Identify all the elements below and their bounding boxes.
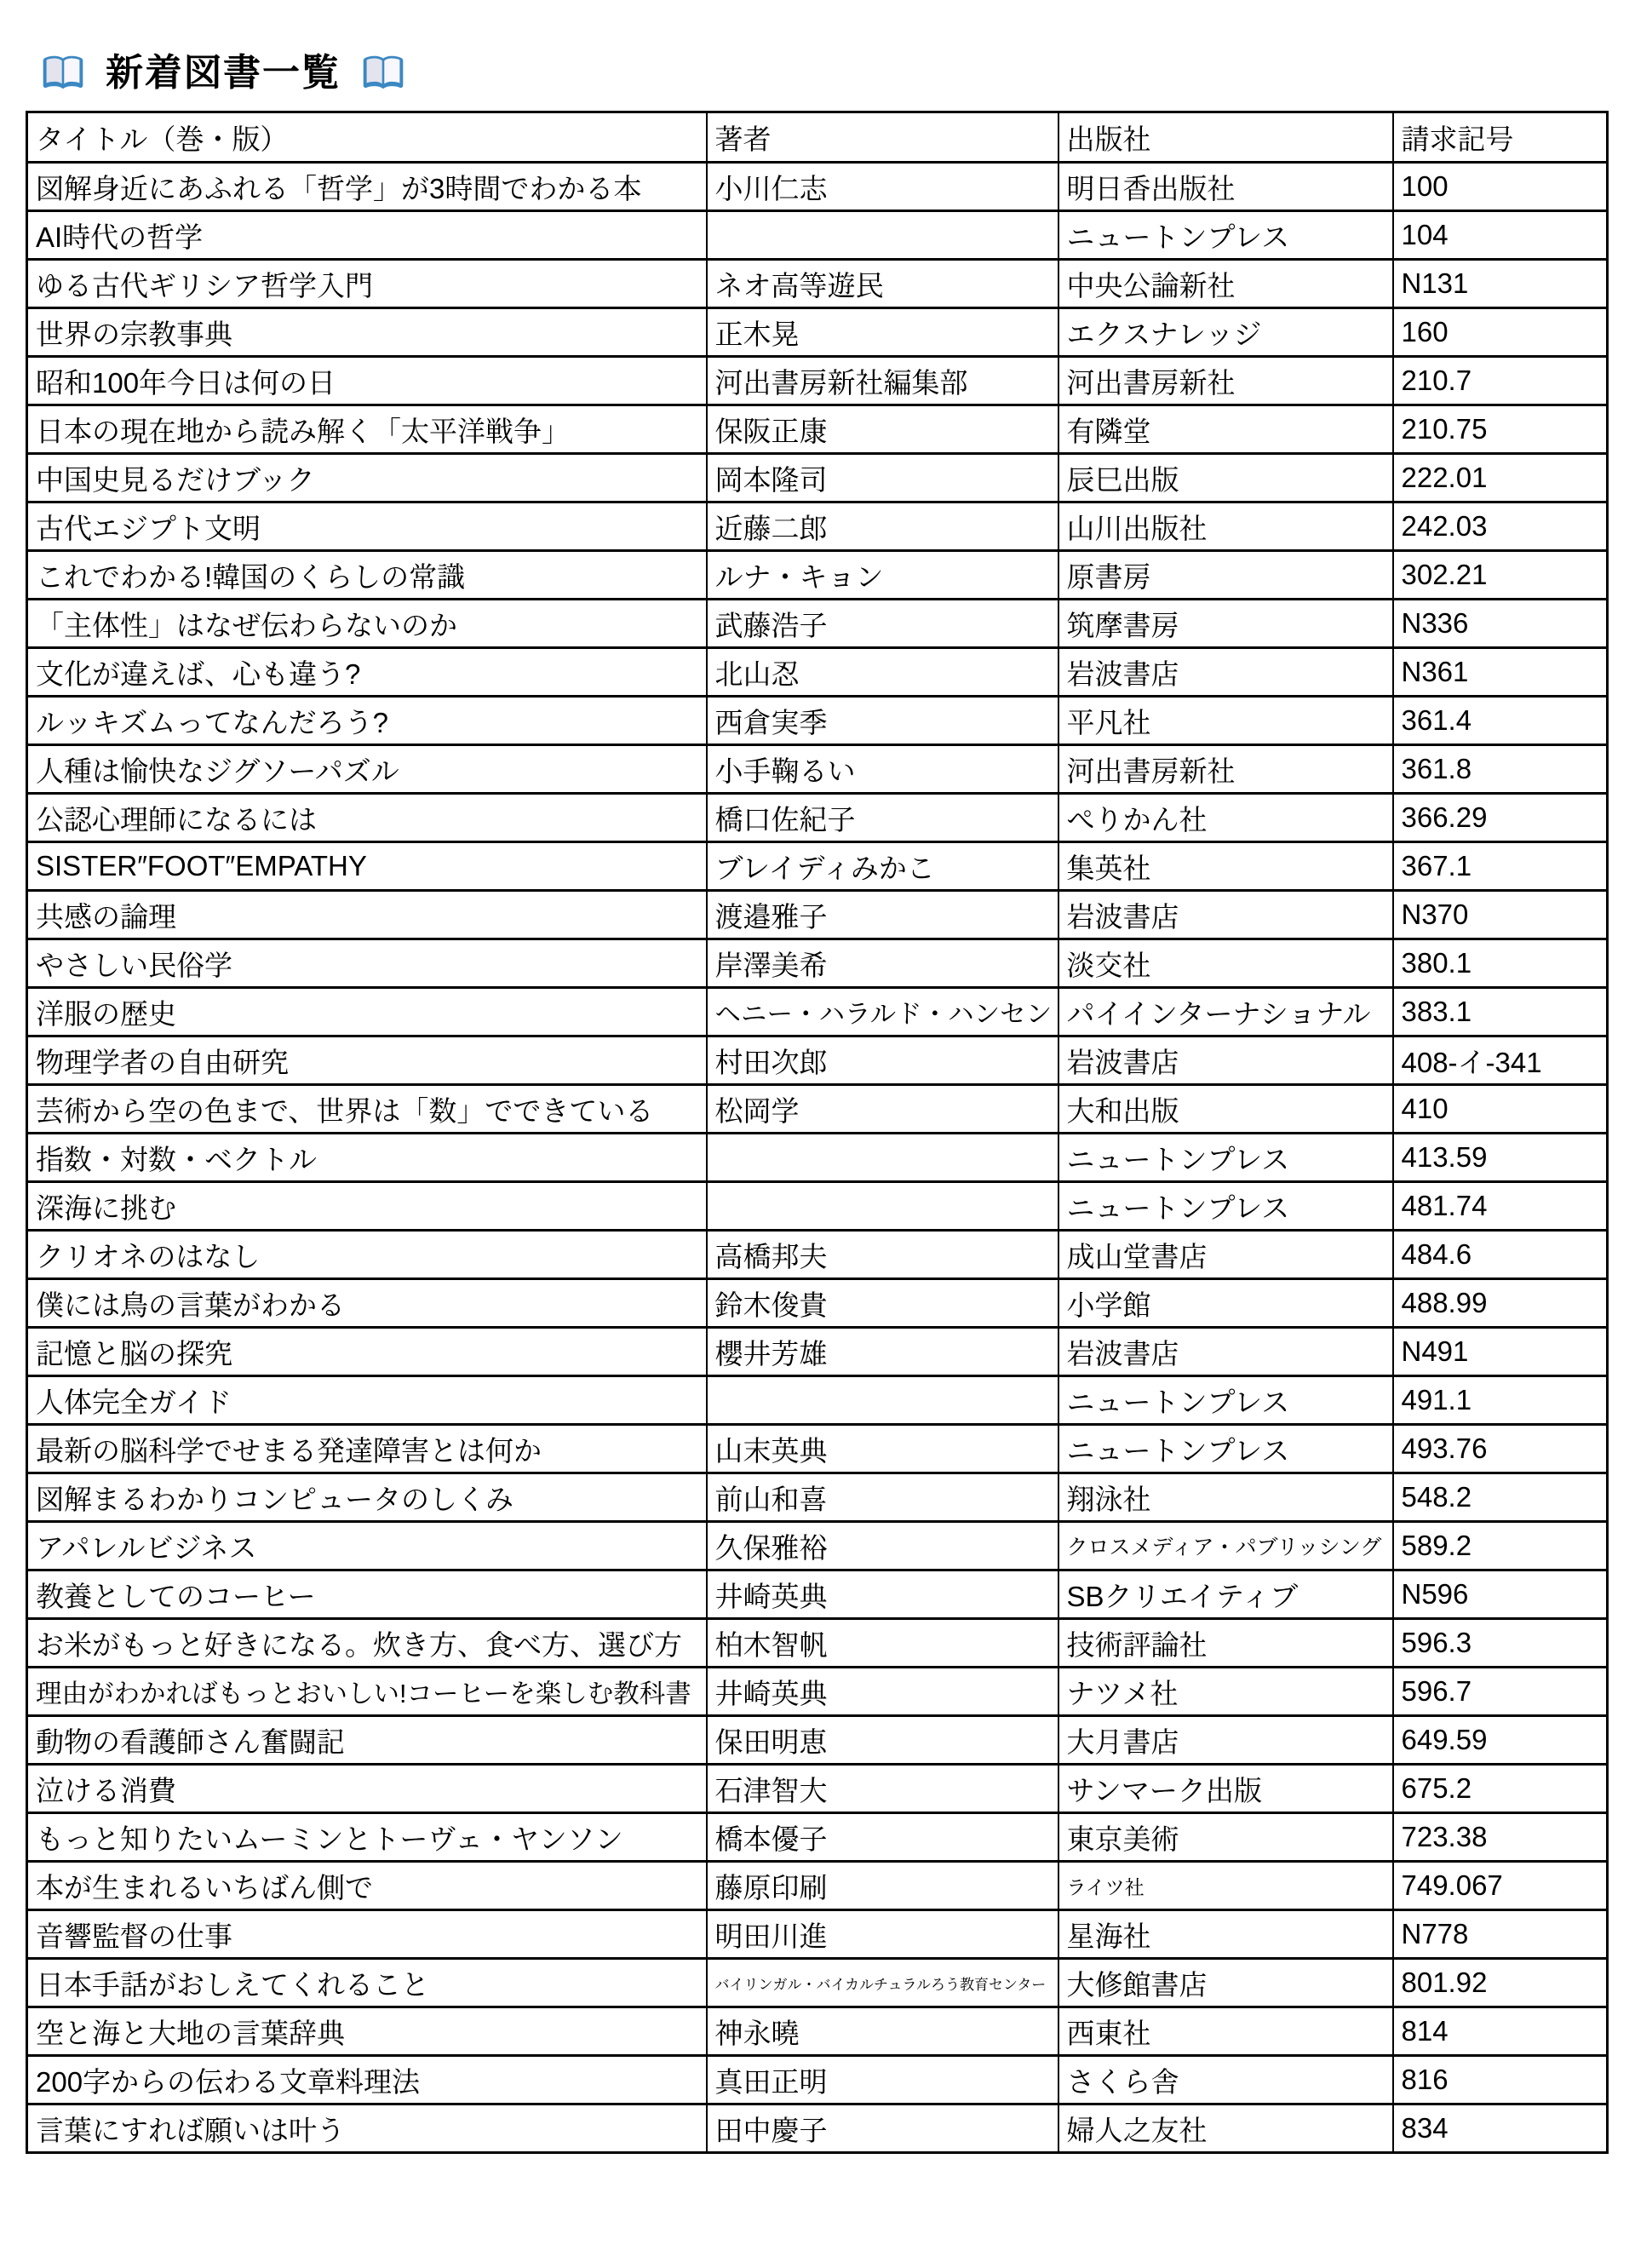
cell-title: 図解身近にあふれる「哲学」が3時間でわかる本 <box>27 163 707 211</box>
cell-call-number: 380.1 <box>1393 939 1608 988</box>
header-cell-publisher: 出版社 <box>1058 112 1393 163</box>
cell-title: 中国史見るだけブック <box>27 454 707 502</box>
table-row: 公認心理師になるには 橋口佐紀子 ぺりかん社 366.29 <box>27 794 1608 842</box>
cell-publisher: 原書房 <box>1058 551 1393 600</box>
cell-author: 北山忍 <box>707 648 1058 697</box>
cell-call-number: N131 <box>1393 260 1608 308</box>
cell-title: 深海に挑む <box>27 1182 707 1231</box>
table-row: 昭和100年今日は何の日 河出書房新社編集部 河出書房新社 210.7 <box>27 357 1608 405</box>
table-row: 世界の宗教事典 正木晃 エクスナレッジ 160 <box>27 308 1608 357</box>
cell-author: 前山和喜 <box>707 1473 1058 1522</box>
cell-author: 田中慶子 <box>707 2104 1058 2153</box>
cell-title: 芸術から空の色まで、世界は「数」でできている <box>27 1085 707 1134</box>
cell-author: 柏木智帆 <box>707 1619 1058 1668</box>
cell-call-number: 488.99 <box>1393 1279 1608 1328</box>
cell-author: 河出書房新社編集部 <box>707 357 1058 405</box>
cell-author: 真田正明 <box>707 2056 1058 2104</box>
header-cell-title: タイトル（巻・版） <box>27 112 707 163</box>
cell-publisher: 翔泳社 <box>1058 1473 1393 1522</box>
cell-publisher: 大修館書店 <box>1058 1959 1393 2007</box>
cell-title: 図解まるわかりコンピュータのしくみ <box>27 1473 707 1522</box>
cell-author: 村田次郎 <box>707 1036 1058 1085</box>
cell-publisher: ニュートンプレス <box>1058 1425 1393 1473</box>
cell-author: 保阪正康 <box>707 405 1058 454</box>
table-row: 日本の現在地から読み解く「太平洋戦争」 保阪正康 有隣堂 210.75 <box>27 405 1608 454</box>
cell-author <box>707 1134 1058 1182</box>
table-row: 空と海と大地の言葉辞典 神永曉 西東社 814 <box>27 2007 1608 2056</box>
cell-call-number: 410 <box>1393 1085 1608 1134</box>
cell-author: 明田川進 <box>707 1910 1058 1959</box>
cell-publisher: ライツ社 <box>1058 1862 1393 1910</box>
cell-call-number: 491.1 <box>1393 1376 1608 1425</box>
cell-call-number: N778 <box>1393 1910 1608 1959</box>
cell-title: アパレルビジネス <box>27 1522 707 1570</box>
table-row: 図解身近にあふれる「哲学」が3時間でわかる本 小川仁志 明日香出版社 100 <box>27 163 1608 211</box>
table-row: 図解まるわかりコンピュータのしくみ 前山和喜 翔泳社 548.2 <box>27 1473 1608 1522</box>
table-row: 最新の脳科学でせまる発達障害とは何か 山末英典 ニュートンプレス 493.76 <box>27 1425 1608 1473</box>
cell-call-number: N491 <box>1393 1328 1608 1376</box>
cell-call-number: 408-イ-341 <box>1393 1036 1608 1085</box>
cell-title: 動物の看護師さん奮闘記 <box>27 1716 707 1765</box>
table-row: やさしい民俗学 岸澤美希 淡交社 380.1 <box>27 939 1608 988</box>
cell-author: バイリンガル・バイカルチュラルろう教育センター <box>707 1959 1058 2007</box>
cell-author: ヘニー・ハラルド・ハンセン <box>707 988 1058 1036</box>
table-row: 泣ける消費 石津智大 サンマーク出版 675.2 <box>27 1765 1608 1813</box>
cell-author <box>707 1376 1058 1425</box>
cell-publisher: 成山堂書店 <box>1058 1231 1393 1279</box>
cell-call-number: N336 <box>1393 600 1608 648</box>
cell-call-number: 589.2 <box>1393 1522 1608 1570</box>
cell-title: やさしい民俗学 <box>27 939 707 988</box>
cell-call-number: 814 <box>1393 2007 1608 2056</box>
cell-title: 文化が違えば、心も違う? <box>27 648 707 697</box>
table-row: 本が生まれるいちばん側で 藤原印刷 ライツ社 749.067 <box>27 1862 1608 1910</box>
cell-publisher: さくら舎 <box>1058 2056 1393 2104</box>
table-row: SISTER″FOOT″EMPATHY ブレイディみかこ 集英社 367.1 <box>27 842 1608 891</box>
table-row: AI時代の哲学 ニュートンプレス 104 <box>27 211 1608 260</box>
cell-publisher: ぺりかん社 <box>1058 794 1393 842</box>
cell-call-number: 366.29 <box>1393 794 1608 842</box>
table-row: 200字からの伝わる文章料理法 真田正明 さくら舎 816 <box>27 2056 1608 2104</box>
cell-title: 本が生まれるいちばん側で <box>27 1862 707 1910</box>
table-row: 理由がわかればもっとおいしい!コーヒーを楽しむ教科書 井崎英典 ナツメ社 596… <box>27 1668 1608 1716</box>
header-cell-author: 著者 <box>707 112 1058 163</box>
cell-author: 保田明恵 <box>707 1716 1058 1765</box>
page-title-bar: 新着図書一覧 <box>43 48 404 99</box>
table-row: これでわかる!韓国のくらしの常識 ルナ・キョン 原書房 302.21 <box>27 551 1608 600</box>
cell-call-number: 210.75 <box>1393 405 1608 454</box>
cell-publisher: 西東社 <box>1058 2007 1393 2056</box>
cell-author: 小川仁志 <box>707 163 1058 211</box>
cell-title: 理由がわかればもっとおいしい!コーヒーを楽しむ教科書 <box>27 1668 707 1716</box>
cell-call-number: 801.92 <box>1393 1959 1608 2007</box>
table-header-row: タイトル（巻・版） 著者 出版社 請求記号 <box>27 112 1608 163</box>
cell-author: 石津智大 <box>707 1765 1058 1813</box>
cell-publisher: パイインターナショナル <box>1058 988 1393 1036</box>
table-row: 洋服の歴史 ヘニー・ハラルド・ハンセン パイインターナショナル 383.1 <box>27 988 1608 1036</box>
cell-publisher: クロスメディア・パブリッシング <box>1058 1522 1393 1570</box>
cell-author: 渡邉雅子 <box>707 891 1058 939</box>
table-body: 図解身近にあふれる「哲学」が3時間でわかる本 小川仁志 明日香出版社 100 A… <box>27 163 1608 2153</box>
cell-call-number: 383.1 <box>1393 988 1608 1036</box>
cell-publisher: 婦人之友社 <box>1058 2104 1393 2153</box>
cell-call-number: 302.21 <box>1393 551 1608 600</box>
cell-publisher: SBクリエイティブ <box>1058 1570 1393 1619</box>
table-row: ルッキズムってなんだろう? 西倉実季 平凡社 361.4 <box>27 697 1608 745</box>
cell-publisher: 大月書店 <box>1058 1716 1393 1765</box>
cell-call-number: N596 <box>1393 1570 1608 1619</box>
table-row: 日本手話がおしえてくれること バイリンガル・バイカルチュラルろう教育センター 大… <box>27 1959 1608 2007</box>
cell-title: ゆる古代ギリシア哲学入門 <box>27 260 707 308</box>
cell-title: 200字からの伝わる文章料理法 <box>27 2056 707 2104</box>
cell-title: 世界の宗教事典 <box>27 308 707 357</box>
cell-publisher: 東京美術 <box>1058 1813 1393 1862</box>
cell-author: 小手鞠るい <box>707 745 1058 794</box>
cell-call-number: 413.59 <box>1393 1134 1608 1182</box>
table-row: 古代エジプト文明 近藤二郎 山川出版社 242.03 <box>27 502 1608 551</box>
table-row: 記憶と脳の探究 櫻井芳雄 岩波書店 N491 <box>27 1328 1608 1376</box>
cell-call-number: 723.38 <box>1393 1813 1608 1862</box>
cell-author: 神永曉 <box>707 2007 1058 2056</box>
table-row: 物理学者の自由研究 村田次郎 岩波書店 408-イ-341 <box>27 1036 1608 1085</box>
cell-title: 「主体性」はなぜ伝わらないのか <box>27 600 707 648</box>
table-row: アパレルビジネス 久保雅裕 クロスメディア・パブリッシング 589.2 <box>27 1522 1608 1570</box>
cell-title: 最新の脳科学でせまる発達障害とは何か <box>27 1425 707 1473</box>
cell-author <box>707 1182 1058 1231</box>
cell-title: 共感の論理 <box>27 891 707 939</box>
cell-author: 橋本優子 <box>707 1813 1058 1862</box>
cell-publisher: ニュートンプレス <box>1058 1182 1393 1231</box>
cell-author: 櫻井芳雄 <box>707 1328 1058 1376</box>
cell-call-number: 210.7 <box>1393 357 1608 405</box>
cell-author: 久保雅裕 <box>707 1522 1058 1570</box>
cell-publisher: 大和出版 <box>1058 1085 1393 1134</box>
cell-publisher: 平凡社 <box>1058 697 1393 745</box>
cell-publisher: ニュートンプレス <box>1058 1134 1393 1182</box>
cell-publisher: 岩波書店 <box>1058 648 1393 697</box>
cell-author: 近藤二郎 <box>707 502 1058 551</box>
cell-title: お米がもっと好きになる。炊き方、食べ方、選び方 <box>27 1619 707 1668</box>
cell-author: 橋口佐紀子 <box>707 794 1058 842</box>
table-row: 芸術から空の色まで、世界は「数」でできている 松岡学 大和出版 410 <box>27 1085 1608 1134</box>
cell-call-number: 675.2 <box>1393 1765 1608 1813</box>
cell-call-number: 160 <box>1393 308 1608 357</box>
table-row: 言葉にすれば願いは叶う 田中慶子 婦人之友社 834 <box>27 2104 1608 2153</box>
cell-title: 洋服の歴史 <box>27 988 707 1036</box>
table-row: 人種は愉快なジグソーパズル 小手鞠るい 河出書房新社 361.8 <box>27 745 1608 794</box>
cell-publisher: 岩波書店 <box>1058 891 1393 939</box>
cell-publisher: 有隣堂 <box>1058 405 1393 454</box>
cell-call-number: N361 <box>1393 648 1608 697</box>
open-book-icon <box>363 55 404 92</box>
cell-publisher: 辰巳出版 <box>1058 454 1393 502</box>
cell-title: 言葉にすれば願いは叶う <box>27 2104 707 2153</box>
cell-publisher: 星海社 <box>1058 1910 1393 1959</box>
cell-call-number: 548.2 <box>1393 1473 1608 1522</box>
cell-call-number: 104 <box>1393 211 1608 260</box>
cell-publisher: 小学館 <box>1058 1279 1393 1328</box>
cell-call-number: 242.03 <box>1393 502 1608 551</box>
cell-call-number: 481.74 <box>1393 1182 1608 1231</box>
cell-call-number: 816 <box>1393 2056 1608 2104</box>
cell-publisher: ナツメ社 <box>1058 1668 1393 1716</box>
cell-author: 武藤浩子 <box>707 600 1058 648</box>
cell-publisher: ニュートンプレス <box>1058 211 1393 260</box>
table-row: お米がもっと好きになる。炊き方、食べ方、選び方 柏木智帆 技術評論社 596.3 <box>27 1619 1608 1668</box>
cell-author: 藤原印刷 <box>707 1862 1058 1910</box>
cell-author: 井崎英典 <box>707 1668 1058 1716</box>
cell-title: 人体完全ガイド <box>27 1376 707 1425</box>
cell-title: 泣ける消費 <box>27 1765 707 1813</box>
cell-publisher: 河出書房新社 <box>1058 357 1393 405</box>
cell-publisher: サンマーク出版 <box>1058 1765 1393 1813</box>
cell-author <box>707 211 1058 260</box>
cell-title: 物理学者の自由研究 <box>27 1036 707 1085</box>
table-row: 中国史見るだけブック 岡本隆司 辰巳出版 222.01 <box>27 454 1608 502</box>
cell-call-number: 749.067 <box>1393 1862 1608 1910</box>
cell-title: 昭和100年今日は何の日 <box>27 357 707 405</box>
cell-title: 音響監督の仕事 <box>27 1910 707 1959</box>
cell-title: 日本手話がおしえてくれること <box>27 1959 707 2007</box>
cell-author: 鈴木俊貴 <box>707 1279 1058 1328</box>
cell-call-number: 222.01 <box>1393 454 1608 502</box>
table-row: 深海に挑む ニュートンプレス 481.74 <box>27 1182 1608 1231</box>
cell-call-number: 834 <box>1393 2104 1608 2153</box>
cell-publisher: 中央公論新社 <box>1058 260 1393 308</box>
cell-publisher: 集英社 <box>1058 842 1393 891</box>
table-row: もっと知りたいムーミンとトーヴェ・ヤンソン 橋本優子 東京美術 723.38 <box>27 1813 1608 1862</box>
cell-call-number: 649.59 <box>1393 1716 1608 1765</box>
cell-author: 正木晃 <box>707 308 1058 357</box>
cell-publisher: 明日香出版社 <box>1058 163 1393 211</box>
cell-author: 高橋邦夫 <box>707 1231 1058 1279</box>
cell-publisher: 筑摩書房 <box>1058 600 1393 648</box>
cell-author: 山末英典 <box>707 1425 1058 1473</box>
cell-author: 井崎英典 <box>707 1570 1058 1619</box>
cell-title: SISTER″FOOT″EMPATHY <box>27 842 707 891</box>
cell-title: 日本の現在地から読み解く「太平洋戦争」 <box>27 405 707 454</box>
header-cell-call-number: 請求記号 <box>1393 112 1608 163</box>
table-row: 音響監督の仕事 明田川進 星海社 N778 <box>27 1910 1608 1959</box>
cell-author: ルナ・キョン <box>707 551 1058 600</box>
cell-call-number: 367.1 <box>1393 842 1608 891</box>
table-row: ゆる古代ギリシア哲学入門 ネオ高等遊民 中央公論新社 N131 <box>27 260 1608 308</box>
cell-title: 記憶と脳の探究 <box>27 1328 707 1376</box>
cell-author: ブレイディみかこ <box>707 842 1058 891</box>
cell-publisher: エクスナレッジ <box>1058 308 1393 357</box>
table-row: 僕には鳥の言葉がわかる 鈴木俊貴 小学館 488.99 <box>27 1279 1608 1328</box>
cell-call-number: N370 <box>1393 891 1608 939</box>
cell-publisher: 岩波書店 <box>1058 1328 1393 1376</box>
cell-title: クリオネのはなし <box>27 1231 707 1279</box>
table-row: 教養としてのコーヒー 井崎英典 SBクリエイティブ N596 <box>27 1570 1608 1619</box>
cell-title: 公認心理師になるには <box>27 794 707 842</box>
cell-publisher: 河出書房新社 <box>1058 745 1393 794</box>
table-row: 共感の論理 渡邉雅子 岩波書店 N370 <box>27 891 1608 939</box>
cell-call-number: 484.6 <box>1393 1231 1608 1279</box>
cell-title: 古代エジプト文明 <box>27 502 707 551</box>
cell-title: 教養としてのコーヒー <box>27 1570 707 1619</box>
cell-title: これでわかる!韓国のくらしの常識 <box>27 551 707 600</box>
table-header: タイトル（巻・版） 著者 出版社 請求記号 <box>27 112 1608 163</box>
page-title: 新着図書一覧 <box>106 55 341 92</box>
open-book-icon <box>43 55 83 92</box>
table-row: 動物の看護師さん奮闘記 保田明恵 大月書店 649.59 <box>27 1716 1608 1765</box>
cell-author: 岡本隆司 <box>707 454 1058 502</box>
table-row: 「主体性」はなぜ伝わらないのか 武藤浩子 筑摩書房 N336 <box>27 600 1608 648</box>
cell-author: ネオ高等遊民 <box>707 260 1058 308</box>
new-books-table: タイトル（巻・版） 著者 出版社 請求記号 図解身近にあふれる「哲学」が3時間で… <box>26 111 1609 2154</box>
cell-title: 指数・対数・ベクトル <box>27 1134 707 1182</box>
cell-call-number: 493.76 <box>1393 1425 1608 1473</box>
cell-title: 人種は愉快なジグソーパズル <box>27 745 707 794</box>
cell-publisher: 淡交社 <box>1058 939 1393 988</box>
cell-author: 岸澤美希 <box>707 939 1058 988</box>
cell-title: もっと知りたいムーミンとトーヴェ・ヤンソン <box>27 1813 707 1862</box>
cell-call-number: 361.4 <box>1393 697 1608 745</box>
cell-title: ルッキズムってなんだろう? <box>27 697 707 745</box>
cell-call-number: 596.3 <box>1393 1619 1608 1668</box>
cell-call-number: 596.7 <box>1393 1668 1608 1716</box>
table-row: クリオネのはなし 高橋邦夫 成山堂書店 484.6 <box>27 1231 1608 1279</box>
table-row: 人体完全ガイド ニュートンプレス 491.1 <box>27 1376 1608 1425</box>
page-root: 新着図書一覧 タイトル（巻・版） 著者 出版社 請求記号 図解身近にあふれる「哲… <box>0 0 1635 2268</box>
cell-title: 僕には鳥の言葉がわかる <box>27 1279 707 1328</box>
cell-publisher: 山川出版社 <box>1058 502 1393 551</box>
cell-publisher: 技術評論社 <box>1058 1619 1393 1668</box>
cell-author: 松岡学 <box>707 1085 1058 1134</box>
cell-title: 空と海と大地の言葉辞典 <box>27 2007 707 2056</box>
table-row: 文化が違えば、心も違う? 北山忍 岩波書店 N361 <box>27 648 1608 697</box>
cell-call-number: 361.8 <box>1393 745 1608 794</box>
table-row: 指数・対数・ベクトル ニュートンプレス 413.59 <box>27 1134 1608 1182</box>
cell-publisher: ニュートンプレス <box>1058 1376 1393 1425</box>
cell-title: AI時代の哲学 <box>27 211 707 260</box>
cell-call-number: 100 <box>1393 163 1608 211</box>
cell-publisher: 岩波書店 <box>1058 1036 1393 1085</box>
cell-author: 西倉実季 <box>707 697 1058 745</box>
